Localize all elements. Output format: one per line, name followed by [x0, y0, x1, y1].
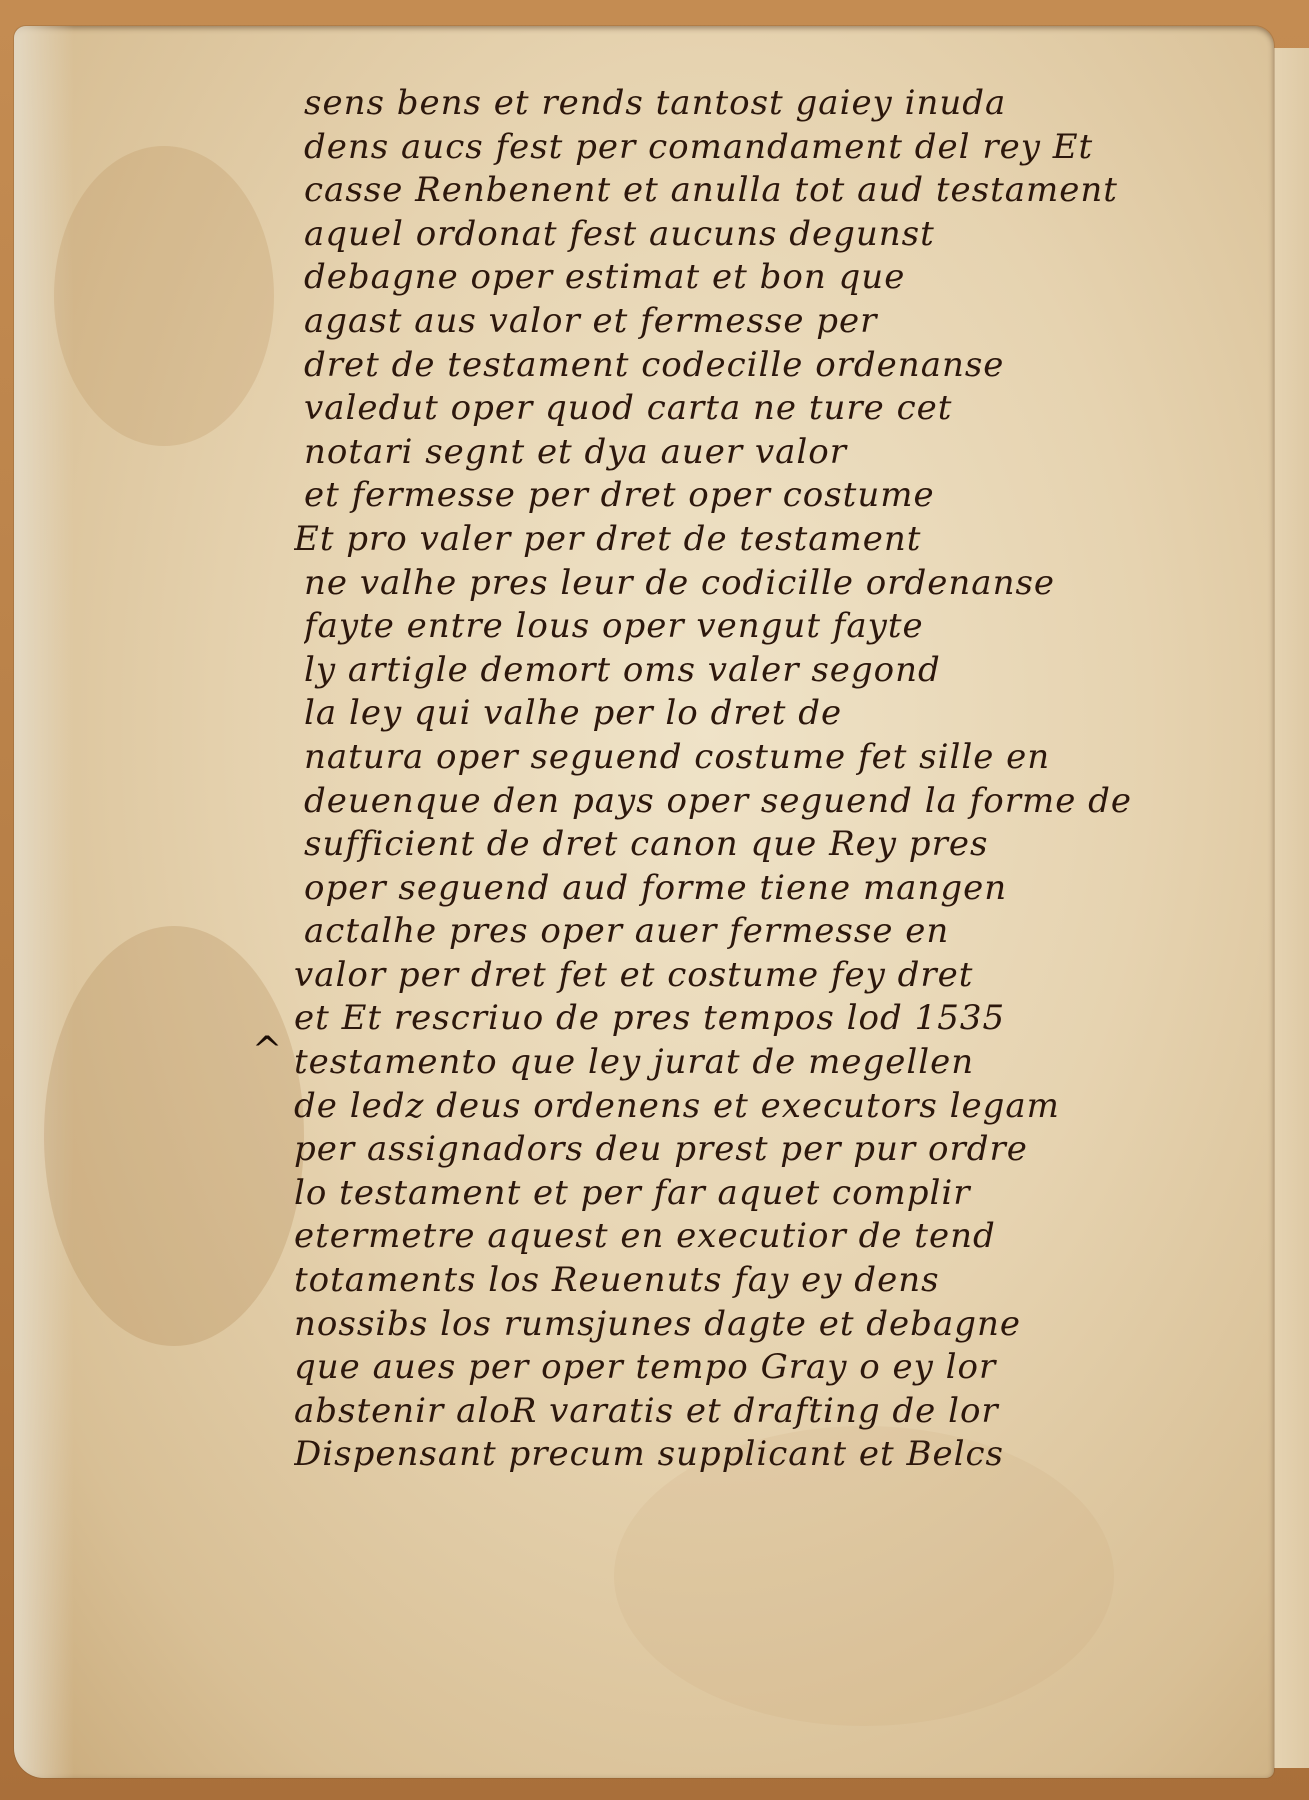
text-line: lo testament et per far aquet complir — [294, 1172, 1254, 1216]
text-line: valedut oper quod carta ne ture cet — [304, 387, 1254, 431]
margin-caret-mark: ^ — [252, 1030, 282, 1071]
text-line: oper seguend aud forme tiene mangen — [304, 867, 1254, 911]
text-line: aquel ordonat fest aucuns degunst — [304, 213, 1254, 257]
text-line: sens bens et rends tantost gaiey inuda — [304, 82, 1254, 126]
text-line: dens aucs fest per comandament del rey E… — [304, 126, 1254, 170]
text-line: ly artigle demort oms valer segond — [304, 649, 1254, 693]
text-line: agast aus valor et fermesse per — [304, 300, 1254, 344]
text-line: la ley qui valhe per lo dret de — [304, 692, 1254, 736]
text-line: per assignadors deu prest per pur ordre — [294, 1128, 1254, 1172]
text-line: testamento que ley jurat de megellen — [294, 1041, 1254, 1085]
text-line: ne valhe pres leur de codicille ordenans… — [304, 562, 1254, 606]
text-line: nossibs los rumsjunes dagte et debagne — [294, 1303, 1254, 1347]
handwritten-text-block: sens bens et rends tantost gaiey inuda d… — [304, 82, 1254, 1477]
text-line: Et pro valer per dret de testament — [294, 518, 1254, 562]
text-line: natura oper seguend costume fet sille en — [304, 736, 1254, 780]
text-line: valor per dret fet et costume fey dret — [294, 954, 1254, 998]
text-line: notari segnt et dya auer valor — [304, 431, 1254, 475]
text-line: que aues per oper tempo Gray o ey lor — [294, 1346, 1254, 1390]
paper-stain — [44, 926, 304, 1346]
text-line: et Et rescriuo de pres tempos lod 1535 — [294, 997, 1254, 1041]
text-line: totaments los Reuenuts fay ey dens — [294, 1259, 1254, 1303]
text-line: dret de testament codecille ordenanse — [304, 344, 1254, 388]
text-line: de ledz deus ordenens et executors legam — [294, 1085, 1254, 1129]
text-line: sufficient de dret canon que Rey pres — [304, 823, 1254, 867]
paper-stain — [54, 146, 274, 446]
text-line: fayte entre lous oper vengut fayte — [304, 605, 1254, 649]
text-line: etermetre aquest en executior de tend — [294, 1215, 1254, 1259]
text-line: casse Renbenent et anulla tot aud testam… — [304, 169, 1254, 213]
text-line: Dispensant precum supplicant et Belcs — [294, 1433, 1254, 1477]
text-line: et fermesse per dret oper costume — [304, 474, 1254, 518]
text-line: abstenir aloR varatis et drafting de lor — [294, 1390, 1254, 1434]
text-line: actalhe pres oper auer fermesse en — [304, 910, 1254, 954]
text-line: debagne oper estimat et bon que — [304, 256, 1254, 300]
manuscript-page: ^ sens bens et rends tantost gaiey inuda… — [14, 26, 1274, 1778]
text-line: deuenque den pays oper seguend la forme … — [304, 780, 1254, 824]
